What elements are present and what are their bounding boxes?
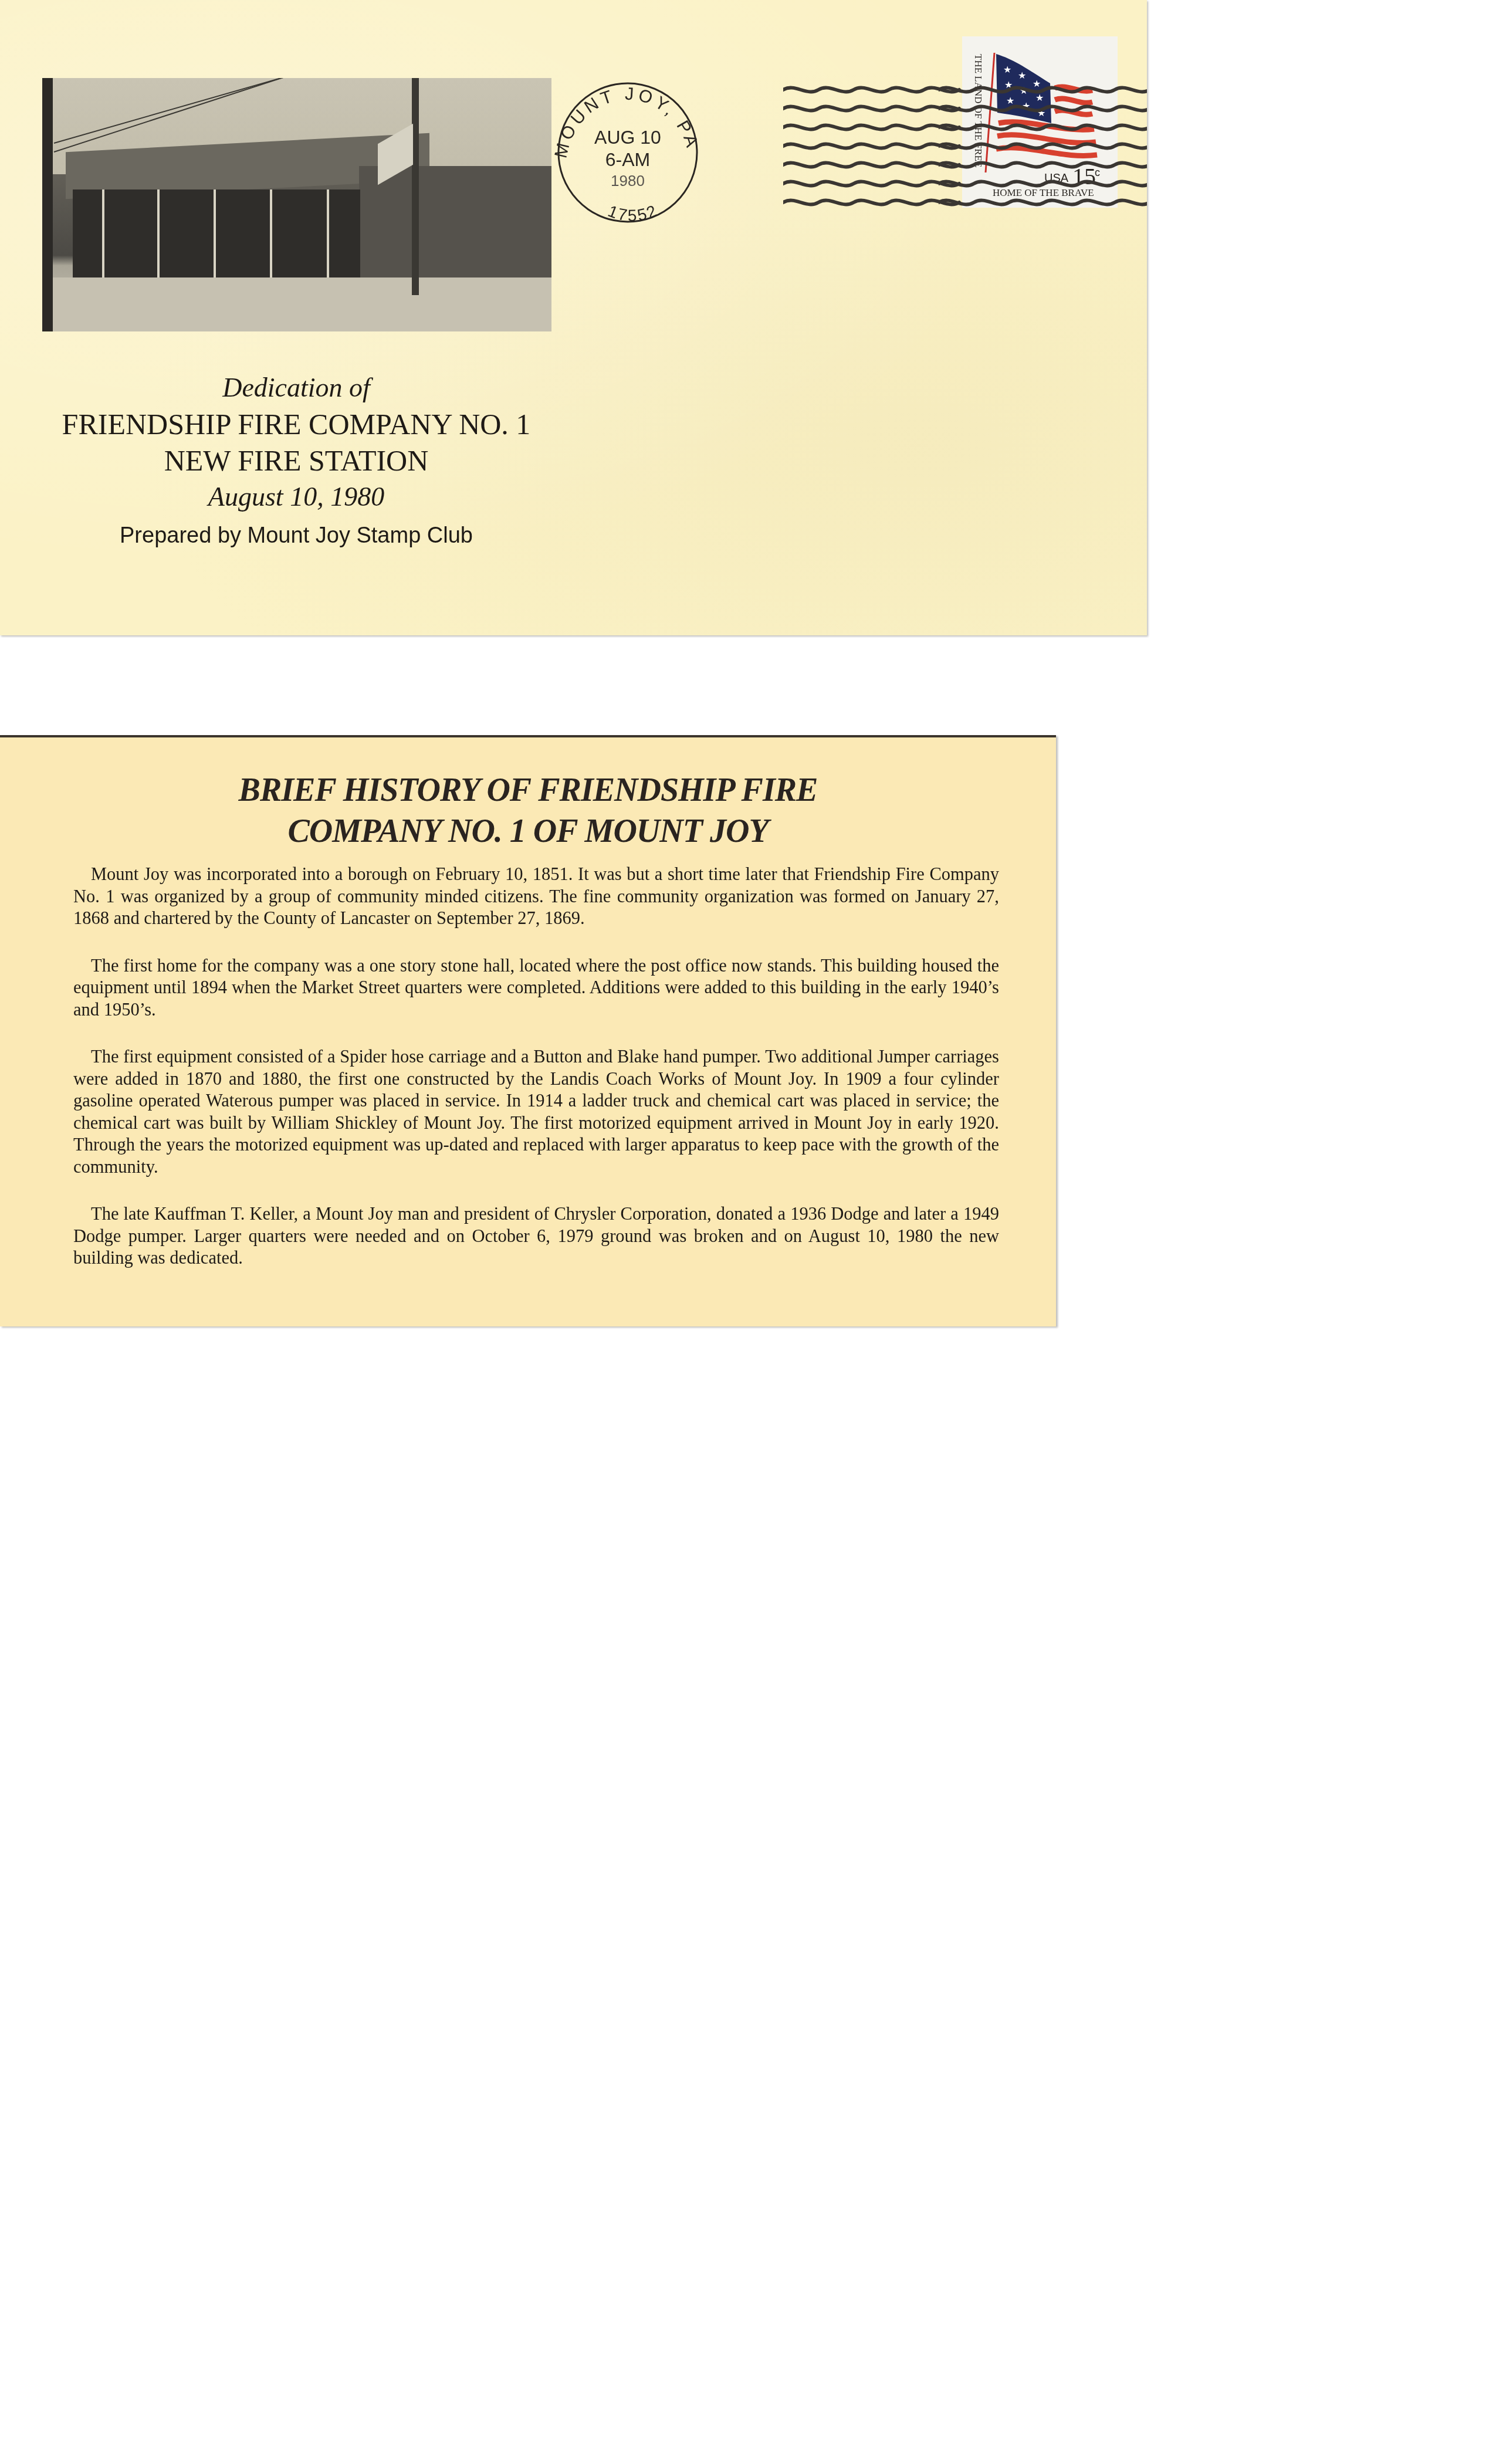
cachet-date: August 10, 1980 — [35, 479, 557, 515]
history-paragraph: The first equipment consisted of a Spide… — [73, 1046, 999, 1178]
insert-title-line1: BRIEF HISTORY OF FRIENDSHIP FIRE — [239, 772, 818, 808]
svg-text:★: ★ — [1035, 92, 1044, 103]
svg-text:★: ★ — [1018, 70, 1026, 81]
svg-text:★: ★ — [1020, 85, 1028, 96]
flag-stamp: ★★★ ★★★ ★★★ THE LAND OF THE FREE HOME OF… — [962, 36, 1118, 208]
insert-title: BRIEF HISTORY OF FRIENDSHIP FIRE COMPANY… — [0, 770, 1056, 852]
svg-text:AUG 10: AUG 10 — [594, 127, 661, 148]
insert-title-line2: COMPANY NO. 1 OF MOUNT JOY — [287, 813, 768, 849]
svg-text:c: c — [1095, 167, 1100, 178]
svg-text:6-AM: 6-AM — [605, 149, 650, 170]
svg-text:★: ★ — [1022, 100, 1030, 111]
cachet-company-name: FRIENDSHIP FIRE COMPANY NO. 1 — [35, 406, 557, 442]
svg-text:17552: 17552 — [605, 201, 661, 225]
envelope: Dedication of FRIENDSHIP FIRE COMPANY NO… — [0, 0, 1147, 635]
svg-text:★: ★ — [1037, 107, 1045, 119]
svg-text:★: ★ — [1004, 79, 1013, 90]
svg-text:★: ★ — [1006, 95, 1014, 106]
svg-text:★: ★ — [1003, 64, 1011, 75]
insert-body: Mount Joy was incorporated into a boroug… — [73, 864, 999, 1295]
history-insert-card: BRIEF HISTORY OF FRIENDSHIP FIRE COMPANY… — [0, 735, 1056, 1326]
history-paragraph: The late Kauffman T. Keller, a Mount Joy… — [73, 1203, 999, 1270]
svg-text:15: 15 — [1072, 163, 1096, 189]
svg-text:USA: USA — [1044, 172, 1069, 185]
svg-text:THE LAND OF THE FREE: THE LAND OF THE FREE — [973, 54, 984, 167]
cachet-dedication: Dedication of — [35, 370, 557, 406]
history-paragraph: The first home for the company was a one… — [73, 955, 999, 1021]
svg-text:★: ★ — [1033, 78, 1041, 89]
postmark: MOUNT JOY, PA 17552 AUG 10 6-AM 1980 — [549, 79, 707, 226]
cachet-credit: Prepared by Mount Joy Stamp Club — [35, 515, 557, 556]
history-paragraph: Mount Joy was incorporated into a boroug… — [73, 864, 999, 930]
fire-station-photo — [42, 78, 551, 331]
cachet-text: Dedication of FRIENDSHIP FIRE COMPANY NO… — [35, 370, 557, 556]
svg-text:1980: 1980 — [611, 172, 645, 189]
cachet-station: NEW FIRE STATION — [35, 442, 557, 479]
